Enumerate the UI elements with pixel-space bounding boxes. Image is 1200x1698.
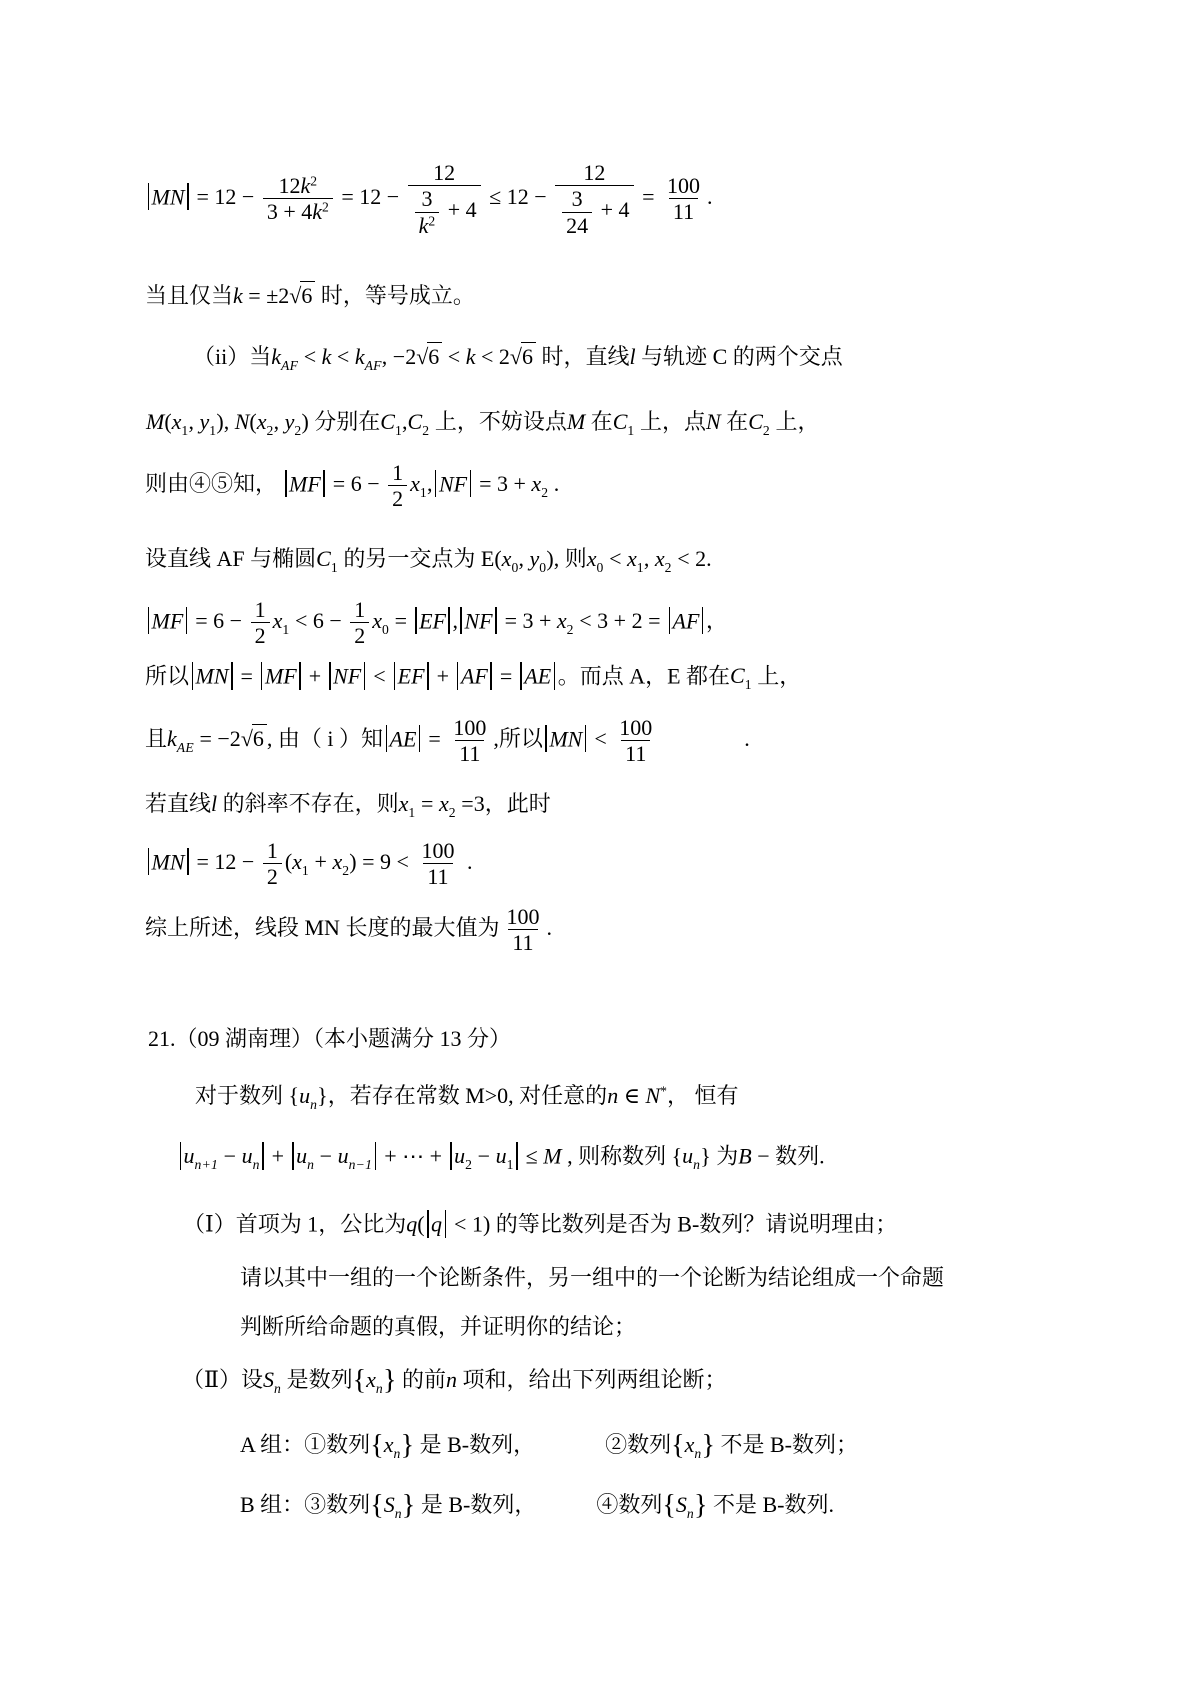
abs-bar-left: [148, 848, 150, 876]
math-text: .: [461, 849, 472, 874]
math-text: 24: [566, 213, 588, 238]
math-variable: MN: [196, 663, 229, 688]
math-variable: AE: [524, 663, 551, 688]
abs-bar-right: [262, 1142, 264, 1170]
math-denominator: 11: [621, 740, 650, 766]
math-text: = 12 −: [191, 849, 260, 874]
abs-bar-left: [261, 662, 263, 690]
math-sub: 1: [637, 560, 644, 575]
math-numerator: 1: [388, 460, 407, 485]
math-text: 设直线 AF 与椭圆: [145, 546, 316, 571]
math-variable: EF: [398, 663, 425, 688]
math-absolute-value: MF: [283, 470, 328, 498]
abs-bar-right: [702, 607, 704, 635]
math-base: x: [384, 1432, 394, 1457]
math-denominator: 24: [562, 212, 592, 238]
math-base: k: [271, 344, 281, 369]
math-text: 100: [453, 715, 486, 740]
math-base: C: [613, 409, 628, 434]
math-numerator: 1: [251, 597, 270, 622]
math-text: ) = 9 <: [349, 849, 414, 874]
math-subscripted: kAE: [167, 726, 194, 751]
math-subscripted: C1: [613, 409, 635, 434]
math-text: ≤ 12 −: [484, 184, 552, 209]
math-sub: n+1: [195, 1157, 219, 1172]
abs-bar-left: [669, 607, 671, 635]
math-denominator: 3k2 + 4: [408, 185, 481, 238]
math-denominator: 11: [508, 929, 537, 955]
math-text: 6: [301, 283, 312, 308]
math-sub: AF: [281, 358, 298, 373]
abs-bar-left: [460, 607, 462, 635]
math-text: 所以: [145, 663, 189, 688]
math-subscripted: un: [296, 1143, 314, 1168]
math-abs-content: NF: [439, 471, 467, 496]
math-subscripted: C2: [408, 409, 430, 434]
math-base: u: [454, 1143, 465, 1168]
math-sup: 2: [322, 200, 329, 215]
abs-bar-left: [457, 662, 459, 690]
math-text: (: [164, 409, 171, 434]
math-base: x: [172, 409, 182, 434]
math-subscripted: xn: [366, 1367, 383, 1392]
math-text: ,: [519, 546, 530, 571]
math-sup: 2: [310, 174, 317, 189]
math-absolute-value: un − un−1: [290, 1142, 379, 1174]
text-points-mn-location: M(x1, y1), N(x2, y2) 分别在C1,C2 上，不妨设点M 在C…: [146, 408, 819, 439]
math-subscripted: un: [682, 1143, 700, 1168]
math-radical: √6: [289, 281, 315, 310]
math-variable: MN: [152, 849, 185, 874]
math-denominator: 11: [669, 198, 698, 224]
math-text: , −2: [382, 344, 416, 369]
math-base: k: [167, 726, 177, 751]
math-text: = 12 −: [336, 184, 405, 209]
math-text: 1: [267, 838, 278, 863]
math-text: 100: [421, 838, 454, 863]
math-text: 是数列: [281, 1367, 353, 1392]
math-text: 11: [427, 864, 448, 889]
math-denominator: 2: [350, 622, 369, 648]
math-base: S: [263, 1367, 274, 1392]
math-subscripted: x1: [273, 608, 290, 633]
math-base: u: [496, 1143, 507, 1168]
math-text: .: [546, 915, 552, 940]
math-subscripted: x2: [557, 608, 574, 633]
math-base: y: [530, 546, 540, 571]
math-radicand: 6: [427, 342, 442, 371]
math-sub: 1: [420, 485, 427, 500]
math-base: C: [748, 409, 763, 434]
text-slope-undefined-case: 若直线l 的斜率不存在，则x1 = x2 =3，此时: [145, 790, 551, 821]
math-text: 时，直线: [536, 344, 630, 369]
math-variable: M: [543, 1143, 561, 1168]
math-numerator: 100: [663, 173, 704, 198]
abs-bar-right: [470, 470, 472, 498]
math-absolute-value: AF: [666, 607, 706, 635]
math-text: < 2: [475, 344, 509, 369]
math-sub: 1: [302, 863, 309, 878]
math-text: 不是 B-数列.: [707, 1492, 834, 1517]
math-variable: MN: [152, 184, 185, 209]
math-abs-content: AF: [461, 663, 488, 688]
abs-bar-left: [394, 662, 396, 690]
math-subscripted: y2: [285, 409, 302, 434]
math-text: 3 + 4: [267, 199, 312, 224]
math-text: 2: [354, 623, 365, 648]
math-abs-content: EF: [419, 608, 446, 633]
math-absolute-value: MN: [543, 725, 589, 753]
math-brace: }: [401, 1430, 415, 1461]
math-text: < 2.: [672, 546, 712, 571]
math-subscripted: x2: [531, 471, 548, 496]
abs-bar-left: [148, 183, 150, 211]
math-text: A 组：①数列: [240, 1432, 370, 1457]
math-fraction: 12324 + 4: [555, 160, 633, 238]
math-abs-content: MF: [152, 608, 184, 633]
math-subscripted: C1: [316, 546, 338, 571]
math-text: (: [249, 409, 256, 434]
math-numerator: 12: [579, 160, 609, 185]
math-subscripted: x2: [439, 791, 456, 816]
math-brace: }: [694, 1490, 708, 1521]
math-sub: 1: [395, 423, 402, 438]
math-text: (: [417, 1211, 424, 1236]
math-subscripted: Sn: [384, 1492, 402, 1517]
math-text: <: [589, 726, 612, 751]
math-variable: MN: [549, 726, 582, 751]
abs-bar-right: [187, 848, 189, 876]
math-text: 当且仅当: [145, 283, 233, 308]
math-fraction: 12: [251, 597, 270, 649]
math-variable: MF: [265, 663, 297, 688]
math-subscripted: x1: [627, 546, 644, 571]
math-absolute-value: NF: [327, 662, 368, 690]
math-text: 11: [459, 741, 480, 766]
abs-bar-left: [292, 1142, 294, 1170]
math-text: 时，等号成立。: [315, 283, 475, 308]
math-base: k: [312, 199, 322, 224]
text-group-b-statements: B 组：③数列{Sn} 是 B-数列，④数列{Sn} 不是 B-数列.: [240, 1488, 834, 1523]
math-text: =3，此时: [456, 791, 551, 816]
math-subscripted: y0: [530, 546, 547, 571]
math-text: <: [442, 344, 465, 369]
math-numerator: 12k2: [275, 173, 322, 198]
math-text: − 数列.: [752, 1143, 825, 1168]
math-subscripted: un+1: [184, 1143, 219, 1168]
abs-bar-right: [323, 470, 325, 498]
math-subscripted: Sn: [676, 1492, 694, 1517]
math-denominator: 3 + 4k2: [263, 198, 333, 224]
math-base: x: [332, 849, 342, 874]
math-text: 请以其中一组的一个论断条件，另一组中的一个论断为结论组成一个命题: [240, 1265, 944, 1290]
math-subscripted: x1: [399, 791, 416, 816]
math-text: 且: [145, 726, 167, 751]
math-subscripted: un: [242, 1143, 260, 1168]
abs-bar-left: [520, 662, 522, 690]
math-abs-content: u2 − u1: [454, 1143, 514, 1168]
math-abs-content: un − un−1: [296, 1143, 372, 1168]
math-text: 3: [421, 186, 432, 211]
math-sub: 1: [181, 423, 188, 438]
math-numerator: 1: [263, 838, 282, 863]
abs-bar-right: [516, 1142, 518, 1170]
math-subscripted: u2: [454, 1143, 472, 1168]
math-text: 100: [506, 904, 539, 929]
math-text: 1: [354, 597, 365, 622]
math-text: 不是 B-数列；: [715, 1432, 858, 1457]
math-text: ,: [644, 546, 655, 571]
math-base: N: [645, 1083, 660, 1108]
math-base: x: [557, 608, 567, 633]
math-text: （ii）当: [193, 344, 271, 369]
math-text: 。而点 A，E 都在: [558, 663, 730, 688]
abs-bar-right: [419, 725, 421, 753]
math-variable: MF: [152, 608, 184, 633]
math-sub: 2: [567, 622, 574, 637]
math-text: 上，点: [634, 409, 706, 434]
math-text: 的斜率不存在，则: [217, 791, 399, 816]
text-sequence-definition-intro: 对于数列 {un}，若存在常数 M>0, 对任意的n ∈ N*， 恒有: [195, 1082, 739, 1113]
math-sub: n: [687, 1506, 694, 1521]
math-abs-content: q: [431, 1211, 442, 1236]
math-subscripted: C1: [730, 663, 752, 688]
math-subscripted: x2: [257, 409, 274, 434]
math-subscripted: x1: [172, 409, 189, 434]
math-base: u: [299, 1083, 310, 1108]
math-text: 2: [267, 864, 278, 889]
math-subscripted: x0: [587, 546, 604, 571]
math-denominator: 11: [455, 740, 484, 766]
math-brace: }: [383, 1365, 397, 1396]
math-base: k: [419, 213, 429, 238]
math-subscripted: x1: [292, 849, 309, 874]
text-proposition-instruction-2: 判断所给命题的真假，并证明你的结论；: [240, 1313, 636, 1341]
math-subscripted: x1: [410, 471, 427, 496]
math-text: =: [637, 184, 660, 209]
math-base: x: [627, 546, 637, 571]
math-sub: n: [376, 1381, 383, 1396]
math-text: 是 B-数列，: [414, 1432, 535, 1457]
math-text: 综上所述，线段 MN 长度的最大值为: [145, 915, 499, 940]
math-base: u: [184, 1143, 195, 1168]
abs-bar-left: [545, 725, 547, 753]
math-fraction: 324: [562, 186, 592, 238]
math-absolute-value: EF: [391, 662, 431, 690]
math-absolute-value: MF: [145, 607, 190, 635]
abs-bar-right: [364, 662, 366, 690]
abs-bar-left: [285, 470, 287, 498]
math-text: ,所以: [493, 726, 543, 751]
math-variable: EF: [419, 608, 446, 633]
formula-mn-upper-bound: MN = 12 − 12k23 + 4k2 = 12 − 123k2 + 4 ≤…: [145, 160, 712, 238]
math-base: x: [273, 608, 283, 633]
math-variable: N: [706, 409, 721, 434]
math-numerator: 1: [350, 597, 369, 622]
math-text: B 组：③数列: [240, 1492, 370, 1517]
math-base: y: [285, 409, 295, 434]
math-text: = 6 −: [327, 471, 385, 496]
math-denominator: 2: [263, 863, 282, 889]
math-text: < 1) 的等比数列是否为 B-数列？请说明理由；: [449, 1211, 898, 1236]
math-variable: N: [235, 409, 250, 434]
math-subscripted: x2: [332, 849, 349, 874]
text-line-af-intersection-e: 设直线 AF 与椭圆C1 的另一交点为 E(x0, y0), 则x0 < x1,…: [145, 545, 712, 576]
math-text: +: [266, 1143, 289, 1168]
math-superscripted: k2: [301, 173, 318, 198]
math-sub: 2: [763, 423, 770, 438]
math-sup: *: [660, 1084, 667, 1099]
formula-mn-vertical-case: MN = 12 − 12(x1 + x2) = 9 < 10011 .: [145, 838, 472, 890]
math-base: C: [730, 663, 745, 688]
math-text: 在: [721, 409, 749, 434]
math-text: <: [368, 663, 391, 688]
math-denominator: 324 + 4: [555, 185, 633, 238]
math-fraction: 10011: [417, 838, 458, 890]
math-text: 的另一交点为 E(: [338, 546, 502, 571]
math-text: 项和，给出下列两组论断；: [457, 1367, 727, 1392]
math-absolute-value: AE: [518, 662, 558, 690]
math-subscripted: x0: [372, 608, 389, 633]
math-base: C: [380, 409, 395, 434]
math-abs-content: MF: [289, 471, 321, 496]
math-absolute-value: u2 − u1: [448, 1142, 521, 1174]
math-text: 则由④⑤知，: [145, 471, 283, 496]
math-text: +: [309, 849, 332, 874]
math-text: +: [431, 663, 454, 688]
math-text: −: [314, 1143, 337, 1168]
math-sup: 2: [428, 213, 435, 228]
math-text: < 6 −: [289, 608, 347, 633]
math-absolute-value: AF: [454, 662, 494, 690]
formula-kae-ae-mn-bound: 且kAE = −2√6, 由（ i ）知AE = 10011,所以MN < 10…: [145, 715, 750, 767]
math-text: 上，: [770, 409, 820, 434]
math-abs-content: un+1 − un: [184, 1143, 260, 1168]
math-variable: k: [233, 283, 243, 308]
math-text: 12: [433, 160, 455, 185]
math-superscripted: k2: [419, 213, 436, 238]
math-subscripted: un−1: [338, 1143, 373, 1168]
text-part-ii-setup: （Ⅱ）设Sn 是数列{xn} 的前n 项和，给出下列两组论断；: [182, 1363, 727, 1398]
math-fraction: 10011: [663, 173, 704, 225]
math-sub: 1: [507, 1157, 514, 1172]
math-sub: n: [253, 1157, 260, 1172]
math-base: u: [682, 1143, 693, 1168]
abs-bar-right: [445, 1210, 447, 1238]
math-variable: NF: [464, 608, 492, 633]
math-numerator: 100: [615, 715, 656, 740]
math-text: ),: [216, 409, 234, 434]
math-sub: n: [393, 1446, 400, 1461]
math-radical: √6: [510, 342, 536, 371]
math-abs-content: MN: [549, 726, 582, 751]
math-text: 11: [625, 741, 646, 766]
math-abs-content: MF: [265, 663, 297, 688]
math-subscripted: Sn: [263, 1367, 281, 1392]
math-base: k: [355, 344, 365, 369]
formula-mf-nf-values: 则由④⑤知， MF = 6 − 12x1,NF = 3 + x2 .: [145, 460, 559, 512]
math-text: ,: [274, 409, 285, 434]
math-text: <: [331, 344, 354, 369]
math-denominator: 11: [423, 863, 452, 889]
math-base: S: [676, 1492, 687, 1517]
math-sub: n−1: [349, 1157, 373, 1172]
math-subscripted: kAF: [271, 344, 298, 369]
math-text: 1: [392, 460, 403, 485]
math-base: S: [384, 1492, 395, 1517]
math-fraction: 123k2 + 4: [408, 160, 481, 238]
math-base: u: [242, 1143, 253, 1168]
text-equality-condition: 当且仅当k = ±2√6 时，等号成立。: [145, 281, 475, 310]
math-sub: 0: [596, 560, 603, 575]
math-text: = ±2: [243, 283, 289, 308]
abs-bar-right: [231, 662, 233, 690]
formula-b-sequence-definition: un+1 − un + un − un−1 + ⋯ + u2 − u1 ≤ M …: [177, 1142, 825, 1174]
abs-bar-left: [329, 662, 331, 690]
math-numerator: 3: [568, 186, 587, 211]
math-abs-content: AE: [524, 663, 551, 688]
text-case-ii-intro: （ii）当kAF < k < kAF, −2√6 < k < 2√6 时，直线l…: [193, 342, 843, 374]
math-variable: AF: [673, 608, 700, 633]
math-variable: B: [738, 1143, 751, 1168]
math-subscripted: kAF: [355, 344, 382, 369]
abs-bar-left: [192, 662, 194, 690]
math-text: ∈: [618, 1083, 645, 1108]
math-radicand: 6: [521, 342, 536, 371]
math-base: x: [366, 1367, 376, 1392]
abs-bar-right: [427, 662, 429, 690]
math-variable: k: [466, 344, 476, 369]
math-text: 若直线: [145, 791, 211, 816]
math-abs-content: MN: [196, 663, 229, 688]
math-text: <: [298, 344, 321, 369]
math-base: u: [296, 1143, 307, 1168]
math-abs-content: MN: [152, 184, 185, 209]
math-fraction: 12: [263, 838, 282, 890]
math-text: ， 恒有: [667, 1083, 739, 1108]
math-text: = 3 +: [474, 471, 532, 496]
math-text: , 由（ i ）知: [267, 726, 383, 751]
math-text: +: [303, 663, 326, 688]
math-text: ④数列: [596, 1492, 662, 1517]
math-text: −: [218, 1143, 241, 1168]
math-radicand: 6: [252, 724, 267, 753]
math-sub: n: [274, 1381, 281, 1396]
math-text: + 4: [595, 197, 629, 222]
math-text: （Ⅰ）首项为 1，公比为: [183, 1211, 406, 1236]
math-abs-content: EF: [398, 663, 425, 688]
math-brace: {: [662, 1490, 676, 1521]
math-base: C: [408, 409, 423, 434]
math-fraction: 10011: [502, 904, 543, 956]
math-variable: n: [446, 1367, 457, 1392]
math-brace: {: [370, 1490, 384, 1521]
math-subscripted: un: [299, 1083, 317, 1108]
abs-bar-right: [186, 607, 188, 635]
math-denominator: 2: [251, 622, 270, 648]
math-variable: M: [146, 409, 164, 434]
math-variable: q: [431, 1211, 442, 1236]
math-absolute-value: un+1 − un: [177, 1142, 266, 1174]
math-text: = 6 −: [190, 608, 248, 633]
math-absolute-value: MN: [145, 183, 191, 211]
text-part-i-question: （Ⅰ）首项为 1，公比为q(q < 1) 的等比数列是否为 B-数列？请说明理由…: [183, 1210, 897, 1238]
math-text: =: [235, 663, 258, 688]
math-base: x: [399, 791, 409, 816]
math-text: 判断所给命题的真假，并证明你的结论；: [240, 1314, 636, 1339]
math-numerator: 100: [417, 838, 458, 863]
math-absolute-value: AE: [383, 725, 423, 753]
